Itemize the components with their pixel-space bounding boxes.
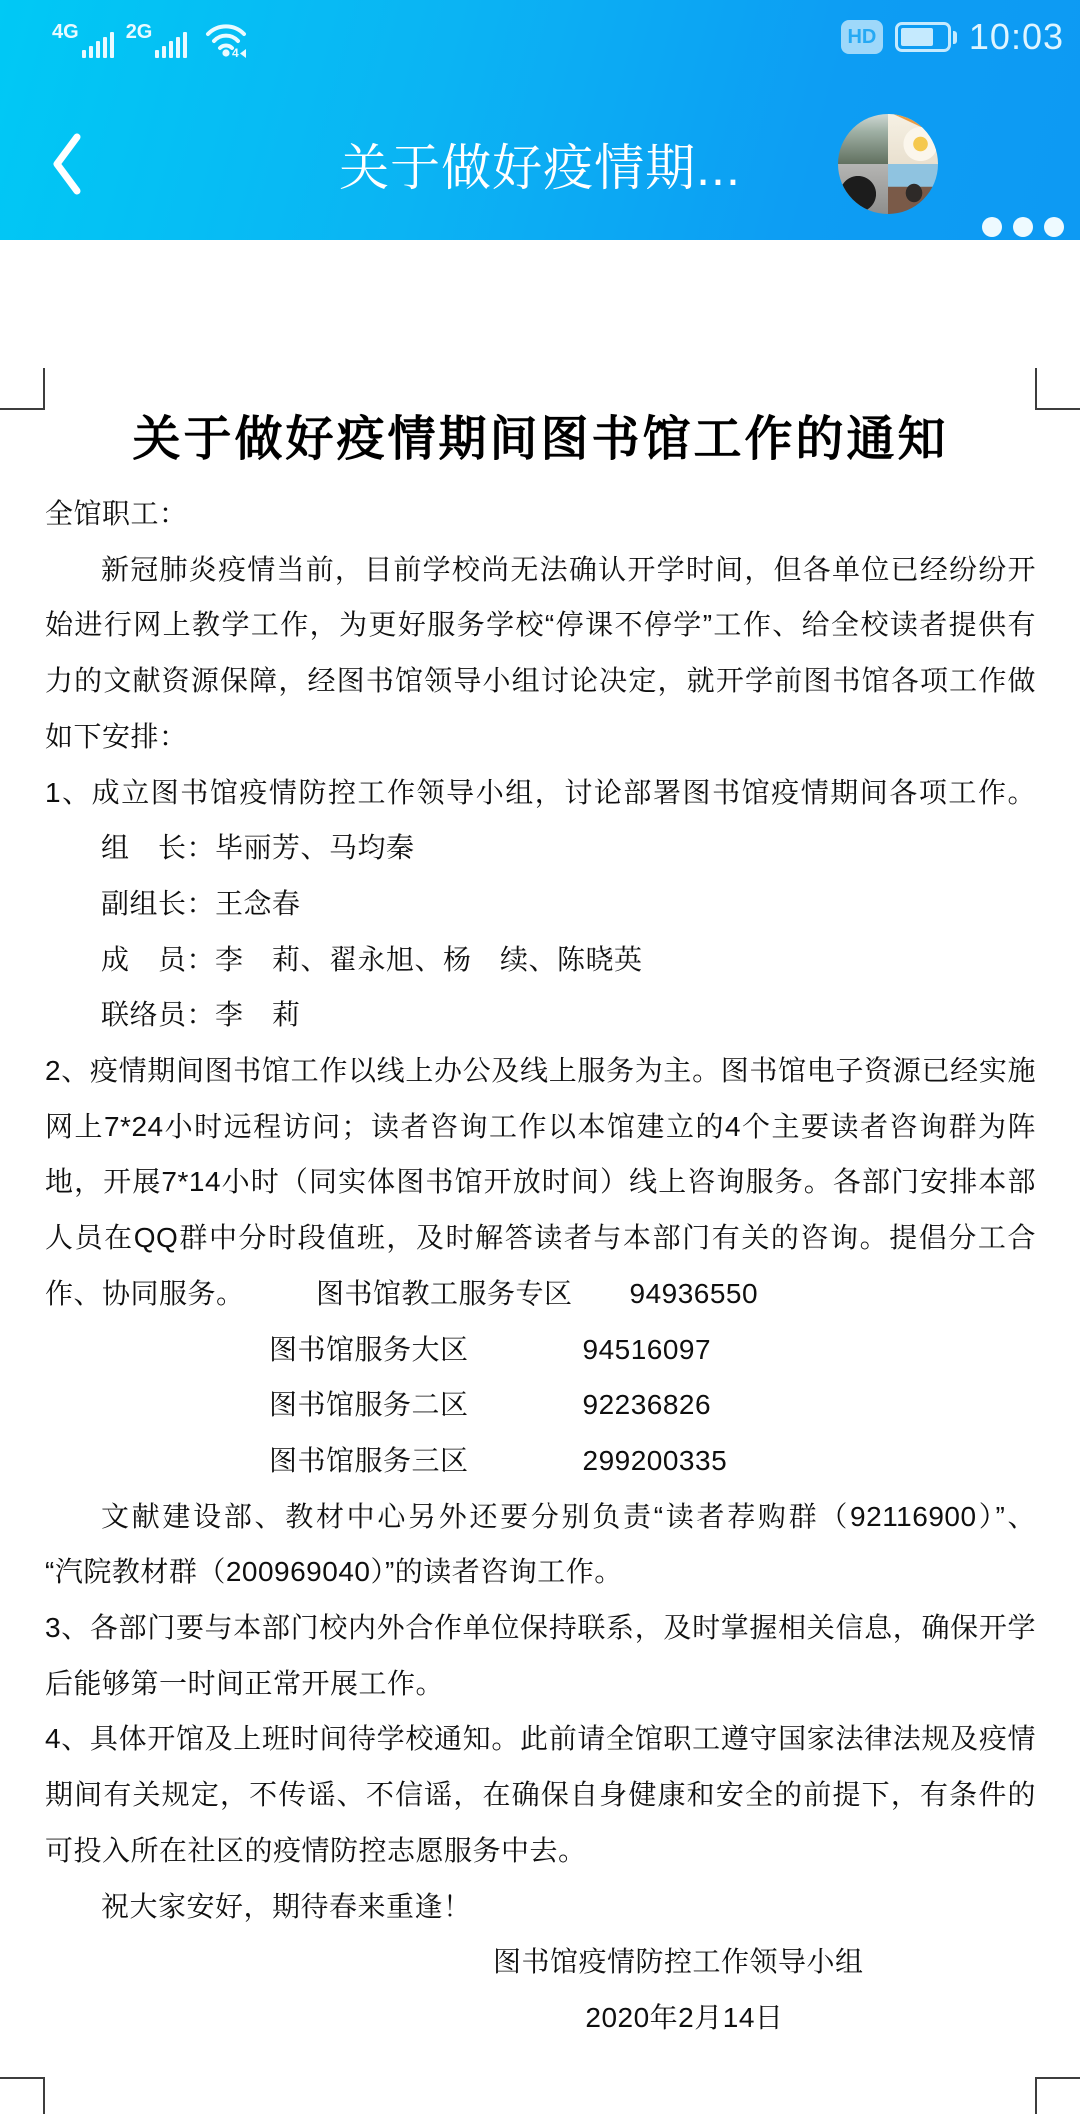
doc-line: 图书馆服务二区 92236826 [45, 1377, 1036, 1433]
document-page[interactable]: 关于做好疫情期间图书馆工作的通知 全馆职工：新冠肺炎疫情当前，目前学校尚无法确认… [0, 240, 1080, 2114]
document-title: 关于做好疫情期间图书馆工作的通知 [45, 408, 1036, 472]
doc-line: 文献建设部、教材中心另外还要分别负责“读者荐购群（92116900）”、 [45, 1489, 1036, 1545]
hd-badge: HD [841, 20, 883, 54]
nav-bar: 关于做好疫情期... [0, 62, 1080, 240]
phone-screen: 4G 2G 4 [0, 0, 1080, 2114]
signal-2g-label: 2G [126, 21, 153, 44]
signal-bars-icon [82, 32, 114, 58]
document-content: 关于做好疫情期间图书馆工作的通知 全馆职工：新冠肺炎疫情当前，目前学校尚无法确认… [0, 240, 1080, 2046]
doc-line: 3、各部门要与本部门校内外合作单位保持联系，及时掌握相关信息，确保开学 [45, 1600, 1036, 1656]
doc-line: 成 员：李 莉、翟永旭、杨 续、陈晓英 [45, 932, 1036, 988]
doc-line: 组 长：毕丽芳、马均秦 [45, 820, 1036, 876]
wifi-icon: 4 [203, 20, 249, 58]
avatar-quadrant-building [838, 114, 888, 164]
signal-4g-label: 4G [52, 21, 79, 44]
doc-line: 新冠肺炎疫情当前，目前学校尚无法确认开学时间，但各单位已经纷纷开 [45, 542, 1036, 598]
doc-line: 如下安排： [45, 709, 1036, 765]
signal-4g-icon: 4G [52, 32, 114, 58]
signal-2g-icon: 2G [126, 32, 188, 58]
doc-line: 1、成立图书馆疫情防控工作领导小组，讨论部署图书馆疫情期间各项工作。 [45, 765, 1036, 821]
more-menu-button[interactable] [982, 217, 1064, 237]
page-title: 关于做好疫情期... [339, 128, 741, 200]
doc-line: 始进行网上教学工作，为更好服务学校“停课不停学”工作、给全校读者提供有 [45, 597, 1036, 653]
avatar-quadrant-cityscape [888, 164, 938, 214]
doc-line: 2、疫情期间图书馆工作以线上办公及线上服务为主。图书馆电子资源已经实施 [45, 1043, 1036, 1099]
doc-line: 祝大家安好，期待春来重逢！ [45, 1879, 1036, 1935]
group-avatar[interactable] [838, 114, 938, 214]
battery-fill [901, 28, 933, 46]
dot-icon [1013, 217, 1033, 237]
app-header: 4G 2G 4 [0, 0, 1080, 240]
doc-line: 可投入所在社区的疫情防控志愿服务中去。 [45, 1823, 1036, 1879]
doc-line: 2020年2月14日 [45, 1990, 1036, 2046]
doc-line: 联络员：李 莉 [45, 987, 1036, 1043]
battery-icon [895, 22, 957, 52]
avatar-quadrant-bird [838, 164, 888, 214]
hd-label: HD [847, 26, 876, 49]
doc-line: “汽院教材群（200969040）”的读者咨询工作。 [45, 1544, 1036, 1600]
doc-line: 期间有关规定，不传谣、不信谣，在确保自身健康和安全的前提下，有条件的 [45, 1767, 1036, 1823]
dot-icon [982, 217, 1002, 237]
back-button[interactable] [50, 132, 84, 196]
doc-line: 人员在QQ群中分时段值班，及时解答读者与本部门有关的咨询。提倡分工合 [45, 1210, 1036, 1266]
status-bar: 4G 2G 4 [0, 0, 1080, 62]
doc-line: 4、具体开馆及上班时间待学校通知。此前请全馆职工遵守国家法律法规及疫情 [45, 1711, 1036, 1767]
doc-line: 图书馆服务三区 299200335 [45, 1433, 1036, 1489]
doc-line: 图书馆疫情防控工作领导小组 [45, 1934, 1036, 1990]
doc-line: 地，开展7*14小时（同实体图书馆开放时间）线上咨询服务。各部门安排本部 [45, 1154, 1036, 1210]
dot-icon [1044, 217, 1064, 237]
status-bar-left: 4G 2G 4 [52, 20, 249, 58]
document-body: 全馆职工：新冠肺炎疫情当前，目前学校尚无法确认开学时间，但各单位已经纷纷开始进行… [45, 486, 1036, 2046]
crop-mark-bottom-left [0, 2077, 45, 2114]
doc-line: 网上7*24小时远程访问；读者咨询工作以本馆建立的4个主要读者咨询群为阵 [45, 1099, 1036, 1155]
chevron-left-icon [50, 183, 84, 200]
doc-line: 全馆职工： [45, 486, 1036, 542]
status-bar-right: HD 10:03 [841, 16, 1064, 58]
crop-mark-bottom-right [1035, 2077, 1080, 2114]
doc-line: 副组长：王念春 [45, 876, 1036, 932]
svg-text:4: 4 [232, 46, 239, 58]
doc-line: 图书馆服务大区 94516097 [45, 1322, 1036, 1378]
signal-bars-icon [155, 32, 187, 58]
status-time: 10:03 [969, 16, 1064, 58]
avatar-quadrant-dessert [888, 114, 938, 164]
doc-line: 力的文献资源保障，经图书馆领导小组讨论决定，就开学前图书馆各项工作做 [45, 653, 1036, 709]
doc-line: 后能够第一时间正常开展工作。 [45, 1656, 1036, 1712]
doc-line: 作、协同服务。 图书馆教工服务专区 94936550 [45, 1266, 1036, 1322]
